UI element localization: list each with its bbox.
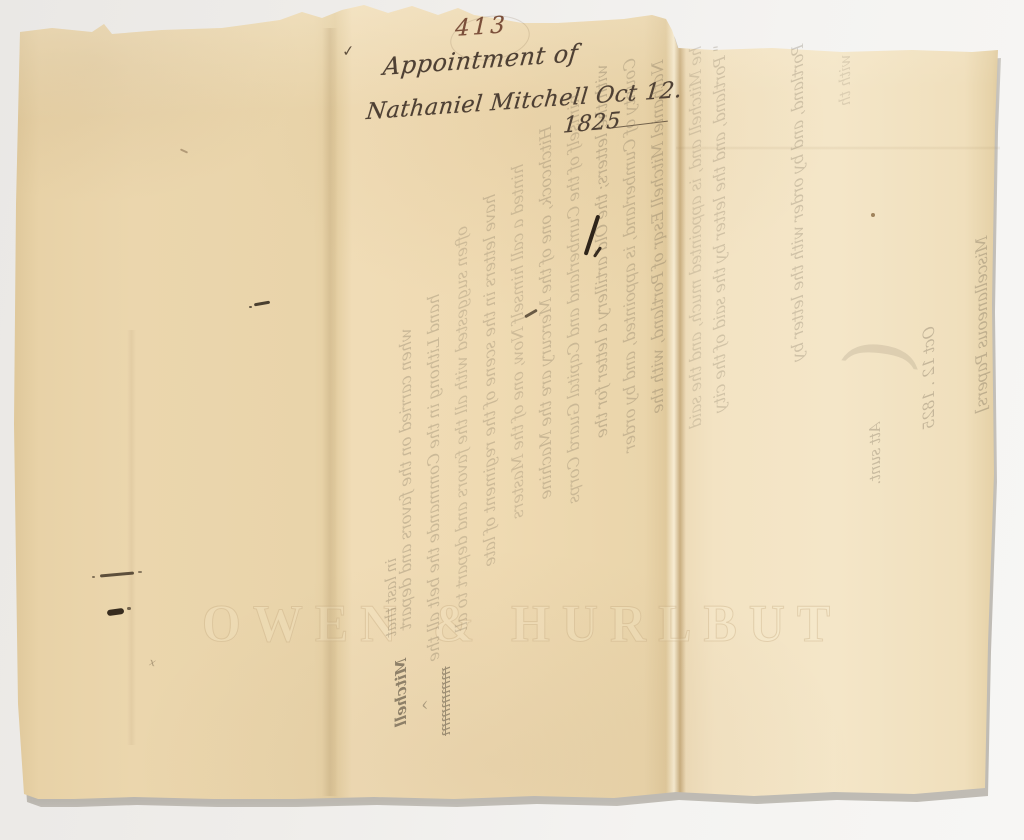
paper-sheet xyxy=(14,4,1002,807)
document-scan: OWEN & HURLBUT 413 ✓ Appointment of Nath… xyxy=(0,0,1024,840)
